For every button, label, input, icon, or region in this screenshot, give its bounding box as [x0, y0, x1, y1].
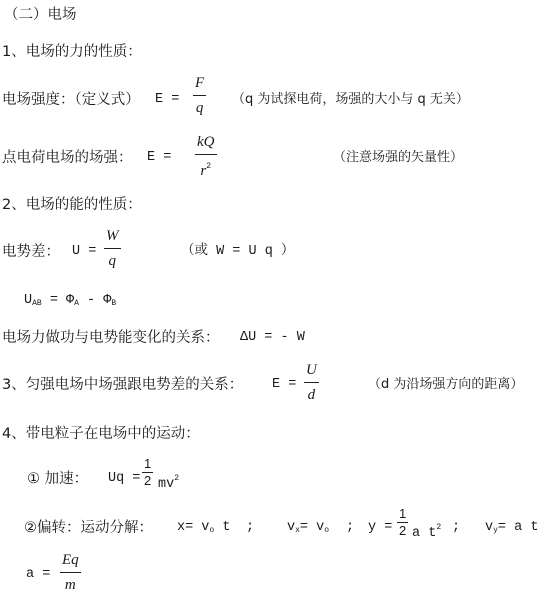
numerator: F: [193, 74, 206, 92]
fraction-kQ-over-r2: kQ r2: [195, 133, 217, 180]
fraction-one-half: 1 2: [397, 507, 408, 538]
uniform-field-lhs: E =: [272, 376, 296, 394]
denominator: r2: [198, 158, 213, 180]
field-strength-note: （q 为试探电荷，场强的大小与 q 无关）: [232, 91, 469, 109]
vy: v: [485, 520, 493, 535]
numerator: Eq: [60, 551, 81, 569]
vy-eq: = a t: [498, 520, 539, 535]
acceleration-label: ① 加速：: [27, 470, 88, 488]
x-equation: x= vo t: [177, 519, 230, 540]
vy-equation: vy= a t: [485, 519, 538, 540]
numerator: W: [104, 227, 121, 245]
section-title: （二）电场: [4, 6, 77, 24]
potential-diff-label: 电势差：: [2, 243, 60, 261]
numerator: 1: [142, 457, 153, 471]
y-lhs: y =: [368, 519, 392, 537]
denominator: q: [107, 252, 119, 270]
fraction-bar: [195, 154, 217, 155]
fraction-F-over-q: F q: [193, 74, 206, 117]
denominator: 2: [142, 474, 153, 488]
acceleration-rhs: mv2: [158, 470, 179, 494]
point-charge-note: （注意场强的矢量性）: [333, 149, 463, 167]
exponent: 2: [206, 162, 211, 171]
heading-force-properties: 1、电场的力的性质：: [2, 43, 142, 61]
fraction-W-over-q: W q: [104, 227, 121, 270]
vx-equation: vx= vo: [287, 519, 329, 540]
minus-phi: - Φ: [79, 293, 111, 308]
point-charge-lhs: E =: [147, 149, 171, 167]
equals-phi: = Φ: [42, 293, 74, 308]
heading-uniform-field: 3、匀强电场中场强跟电势差的关系：: [2, 376, 243, 394]
field-strength-label: 电场强度：（定义式）: [2, 91, 140, 109]
numerator: kQ: [195, 133, 217, 151]
fraction-bar: [104, 248, 121, 249]
heading-energy-properties: 2、电场的能的性质：: [2, 196, 142, 214]
denominator: m: [63, 576, 78, 594]
uab-formula: UAB = ΦA - ΦB: [24, 292, 116, 313]
denominator: d: [306, 386, 318, 404]
potential-diff-lhs: U =: [72, 243, 96, 261]
potential-diff-note: （或 W = U q ）: [181, 243, 294, 261]
fraction-bar: [193, 95, 206, 96]
separator: ;: [246, 519, 254, 537]
denominator: 2: [397, 524, 408, 538]
fraction-U-over-d: U d: [304, 361, 319, 404]
x-eq: x= v: [177, 520, 209, 535]
a-formula-lhs: a =: [26, 566, 50, 584]
mv: mv: [158, 477, 174, 492]
phi-b-subscript: B: [111, 299, 116, 308]
separator: ;: [452, 519, 460, 537]
point-charge-label: 点电荷电场的场强：: [2, 149, 133, 167]
work-relation-formula: ΔU = - W: [240, 329, 305, 347]
vx: v: [287, 520, 295, 535]
fraction-one-half: 1 2: [142, 457, 153, 488]
acceleration-lhs: Uq =: [108, 470, 140, 488]
fraction-bar: [304, 382, 319, 383]
deflection-label: ②偏转：运动分解：: [24, 519, 153, 537]
t: t: [222, 520, 230, 535]
exponent: 2: [436, 523, 441, 532]
separator: ;: [346, 519, 354, 537]
numerator: 1: [397, 507, 408, 521]
fraction-Eq-over-m: Eq m: [60, 551, 81, 594]
u-subscript: AB: [32, 299, 42, 308]
work-relation-label: 电场力做功与电势能变化的关系：: [2, 329, 220, 347]
numerator: U: [304, 361, 319, 379]
y-rhs: a t2: [412, 519, 441, 543]
uniform-field-note: （d 为沿场强方向的距离）: [368, 376, 523, 394]
exponent: 2: [174, 474, 179, 483]
at: a t: [412, 526, 436, 541]
heading-charged-particle-motion: 4、带电粒子在电场中的运动：: [2, 425, 200, 443]
v0-subscript: o: [324, 526, 329, 535]
vx-eq: = v: [300, 520, 324, 535]
fraction-bar: [60, 572, 81, 573]
u-symbol: U: [24, 293, 32, 308]
denominator: q: [194, 99, 206, 117]
field-strength-lhs: E =: [155, 91, 179, 109]
